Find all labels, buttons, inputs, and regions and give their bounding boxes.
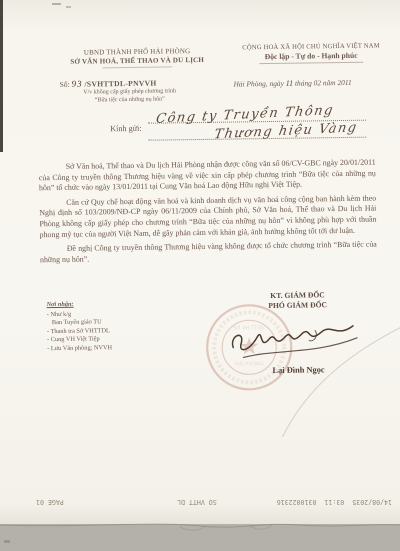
- distribution-heading: Nơi nhận:: [47, 300, 112, 309]
- distribution-list: Nơi nhận: - Như k/g Ban Tuyên giáo TU - …: [47, 300, 113, 353]
- recipient-handwritten-line2: Thương hiệu Vàng: [213, 120, 359, 142]
- dateline-suffix: tháng 02 năm 2011: [295, 78, 352, 88]
- fax-date: 14/08/2035: [352, 498, 392, 506]
- handwritten-signature: [219, 306, 370, 370]
- fax-page-count: PAGE 01: [36, 498, 64, 506]
- fax-sender-id: SO VHTT DL: [177, 498, 217, 506]
- authority-name: SỞ VĂN HOÁ, THỂ THAO VÀ DU LỊCH: [47, 56, 227, 67]
- paragraph-3: Đề nghị Công ty truyền thông Thương hiệu…: [40, 240, 377, 266]
- distribution-item: - Lưu Văn phòng; NVVH: [47, 344, 112, 353]
- fax-number: 0310022316: [277, 498, 317, 506]
- fax-transmission-line: 14/08/2035 03:11 0310022316 SO VHTT DL P…: [8, 498, 392, 506]
- paragraph-1: Sở Văn hoá, Thể thao và Du lịch Hải Phòn…: [39, 158, 376, 194]
- paragraph-2: Căn cứ Quy chế hoạt động văn hoá và kinh…: [39, 193, 377, 240]
- body-paragraphs: Sở Văn hoá, Thể thao và Du lịch Hải Phòn…: [39, 158, 377, 270]
- recipient-label: Kính gửi:: [110, 124, 142, 133]
- national-motto: Độc lập - Tự do - Hạnh phúc: [227, 50, 395, 61]
- scanned-fax-document: UBND THÀNH PHỐ HẢI PHÒNG SỞ VĂN HOÁ, THỂ…: [0, 0, 400, 551]
- dateline-handwritten-day: 11: [286, 79, 294, 88]
- issuing-authority-header: UBND THÀNH PHỐ HẢI PHÒNG SỞ VĂN HOÁ, THỂ…: [47, 47, 227, 70]
- motto-underline: [259, 62, 363, 64]
- scan-speck: [4, 540, 10, 543]
- subject-line: V/v không cấp giấy phép chương trình “Bữ…: [50, 88, 210, 105]
- national-motto-header: CỘNG HOÀ XÃ HỘI CHỦ NGHĨA VIỆT NAM Độc l…: [227, 42, 395, 64]
- doc-number-label: Số:: [59, 80, 69, 89]
- dateline-prefix: Hải Phòng, ngày: [233, 79, 283, 89]
- document-number-line: Số: 93 /SVHTTDL-PNVVH: [59, 78, 156, 89]
- document-content: UBND THÀNH PHỐ HẢI PHÒNG SỞ VĂN HOÁ, THỂ…: [0, 0, 400, 527]
- header-underline: [102, 66, 172, 68]
- subject-line-2: “Bữa tiệc của những nụ hôn”: [50, 95, 210, 105]
- place-date-line: Hải Phòng, ngày 11 tháng 02 năm 2011: [233, 77, 393, 88]
- doc-number-code: /SVHTTDL-PNVVH: [84, 79, 156, 89]
- signer-name: Lại Đình Ngọc: [223, 365, 373, 376]
- doc-number-handwritten: 93: [72, 79, 83, 89]
- fax-time: 03:11: [324, 498, 344, 506]
